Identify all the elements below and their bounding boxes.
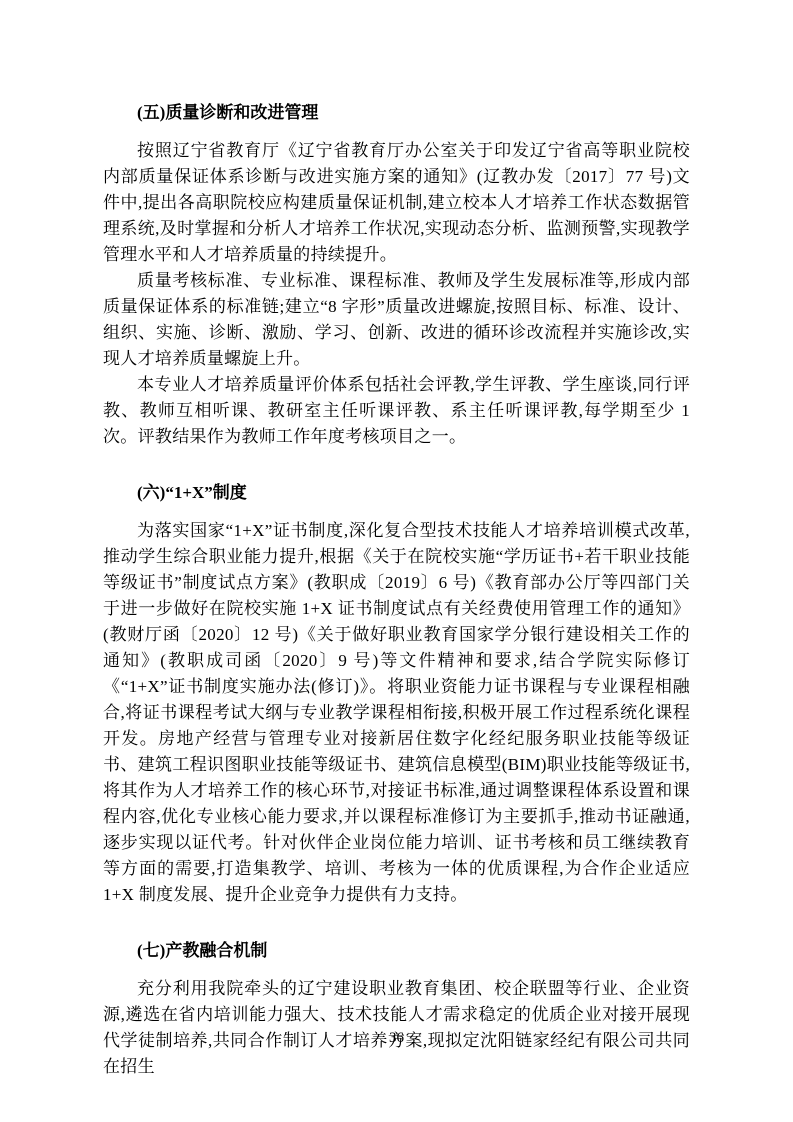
section-quality-diagnosis: (五)质量诊断和改进管理 按照辽宁省教育厅《辽宁省教育厅办公室关于印发辽宁省高等…	[103, 100, 690, 450]
body-paragraph: 为落实国家“1+X”证书制度,深化复合型技术技能人才培养培训模式改革,推动学生综…	[103, 518, 690, 908]
page-footer: 36	[0, 1028, 793, 1048]
page-number: 36	[389, 1030, 404, 1046]
document-page: (五)质量诊断和改进管理 按照辽宁省教育厅《辽宁省教育厅办公室关于印发辽宁省高等…	[0, 0, 793, 1122]
section-heading: (五)质量诊断和改进管理	[103, 100, 690, 126]
section-1x-certificate: (六)“1+X”制度 为落实国家“1+X”证书制度,深化复合型技术技能人才培养培…	[103, 480, 690, 908]
section-heading: (六)“1+X”制度	[103, 480, 690, 506]
section-industry-education: (七)产教融合机制 充分利用我院牵头的辽宁建设职业教育集团、校企联盟等行业、企业…	[103, 938, 690, 1080]
body-paragraph: 按照辽宁省教育厅《辽宁省教育厅办公室关于印发辽宁省高等职业院校内部质量保证体系诊…	[103, 138, 690, 268]
body-paragraph: 本专业人才培养质量评价体系包括社会评教,学生评教、学生座谈,同行评教、教师互相听…	[103, 372, 690, 450]
body-paragraph: 质量考核标准、专业标准、课程标准、教师及学生发展标准等,形成内部质量保证体系的标…	[103, 268, 690, 372]
section-heading: (七)产教融合机制	[103, 938, 690, 964]
